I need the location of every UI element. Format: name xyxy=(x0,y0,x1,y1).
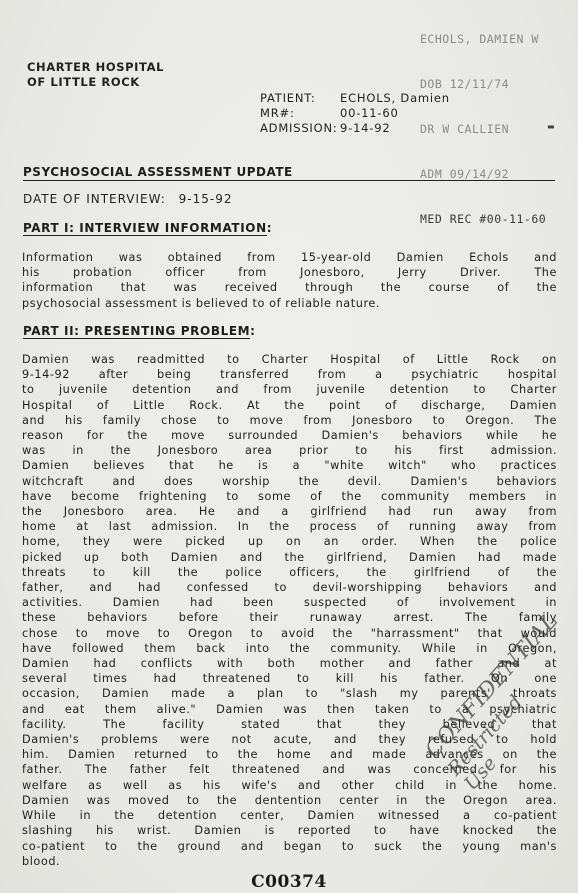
paragraph-line: co-patient to the ground and began to su… xyxy=(22,839,557,854)
paragraph-line: reason for the move surrounded Damien's … xyxy=(22,428,557,443)
paragraph-line: Damien was readmitted to Charter Hospita… xyxy=(22,352,557,367)
patient-info-block: PATIENT: ECHOLS, Damien MR#: 00-11-60 AD… xyxy=(260,91,450,136)
bates-number: C00374 xyxy=(0,872,578,892)
paragraph-line: psychosocial assessment is believed to o… xyxy=(22,296,557,311)
paragraph-line: father, and had confessed to devil-worsh… xyxy=(22,580,557,595)
part1-heading: PART I: INTERVIEW INFORMATION: xyxy=(23,221,272,235)
patient-label: PATIENT: xyxy=(260,91,340,106)
part1-paragraph: Information was obtained from 15-year-ol… xyxy=(22,250,557,311)
mr-value: 00-11-60 xyxy=(340,106,399,121)
paragraph-line: information that was received through th… xyxy=(22,280,557,295)
mr-row: MR#: 00-11-60 xyxy=(260,106,450,121)
paragraph-line: witchcraft and does worship the devil. D… xyxy=(22,474,557,489)
admission-value: 9-14-92 xyxy=(340,121,390,136)
paragraph-line: these behaviors before their runaway arr… xyxy=(22,610,557,625)
paragraph-line: blood. xyxy=(22,854,557,869)
paragraph-line: to juvenile detention and from juvenile … xyxy=(22,382,557,397)
document-page: ECHOLS, DAMIEN W DOB 12/11/74 DR W CALLI… xyxy=(0,0,578,893)
admission-label: ADMISSION: xyxy=(260,121,340,136)
paragraph-line: 9-14-92 after being transferred from a p… xyxy=(22,367,557,382)
paragraph-line: chose to move to Oregon to avoid the "ha… xyxy=(22,626,557,641)
paragraph-line: Damien believes that he is a "white witc… xyxy=(22,458,557,473)
date-of-interview-value: 9-15-92 xyxy=(179,192,233,206)
patient-value: ECHOLS, Damien xyxy=(340,91,450,106)
stray-mark: ▬ xyxy=(547,122,555,131)
part2-heading: PART II: PRESENTING PROBLEM: xyxy=(23,324,256,338)
paragraph-line: the Jonesboro area. He and a girlfriend … xyxy=(22,504,557,519)
paragraph-line: Information was obtained from 15-year-ol… xyxy=(22,250,557,265)
paragraph-line: activities. Damien had been suspected of… xyxy=(22,595,557,610)
stamp-line: ECHOLS, DAMIEN W xyxy=(420,32,546,47)
admission-row: ADMISSION: 9-14-92 xyxy=(260,121,450,136)
paragraph-line: slashing his wrist. Damien is reported t… xyxy=(22,823,557,838)
paragraph-line: picked up both Damien and the girlfriend… xyxy=(22,550,557,565)
paragraph-line: his probation officer from Jonesboro, Je… xyxy=(22,265,557,280)
stamp-line: MED REC #00-11-60 xyxy=(420,212,546,227)
paragraph-line: threats to kill the police officers, the… xyxy=(22,565,557,580)
paragraph-line: Damien had conflicts with both mother an… xyxy=(22,656,557,671)
hospital-name-line1: CHARTER HOSPITAL xyxy=(27,60,164,75)
date-of-interview-label: DATE OF INTERVIEW: xyxy=(23,192,166,206)
mr-label: MR#: xyxy=(260,106,340,121)
paragraph-line: Hospital of Little Rock. At the point of… xyxy=(22,398,557,413)
paragraph-line: have followed them back into the communi… xyxy=(22,641,557,656)
patient-row: PATIENT: ECHOLS, Damien xyxy=(260,91,450,106)
paragraph-line: have become frightening to some of the c… xyxy=(22,489,557,504)
paragraph-line: home, they were picked up on an order. W… xyxy=(22,534,557,549)
paragraph-line: While in the detention center, Damien wi… xyxy=(22,808,557,823)
part2-heading-text: PART II: PRESENTING PROBLEM xyxy=(23,324,250,339)
paragraph-line: home at last admission. In the process o… xyxy=(22,519,557,534)
paragraph-line: Damien was moved to the dentention cente… xyxy=(22,793,557,808)
stamp-line: DOB 12/11/74 xyxy=(420,77,546,92)
paragraph-line: was in the Jonesboro area prior to his f… xyxy=(22,443,557,458)
document-title: PSYCHOSOCIAL ASSESSMENT UPDATE xyxy=(23,165,555,181)
hospital-name-line2: OF LITTLE ROCK xyxy=(27,75,164,90)
part1-heading-text: PART I: INTERVIEW INFORMATION xyxy=(23,221,267,236)
paragraph-line: and his family chose to move from Jonesb… xyxy=(22,413,557,428)
hospital-name: CHARTER HOSPITAL OF LITTLE ROCK xyxy=(27,60,164,90)
date-of-interview: DATE OF INTERVIEW: 9-15-92 xyxy=(23,192,233,206)
